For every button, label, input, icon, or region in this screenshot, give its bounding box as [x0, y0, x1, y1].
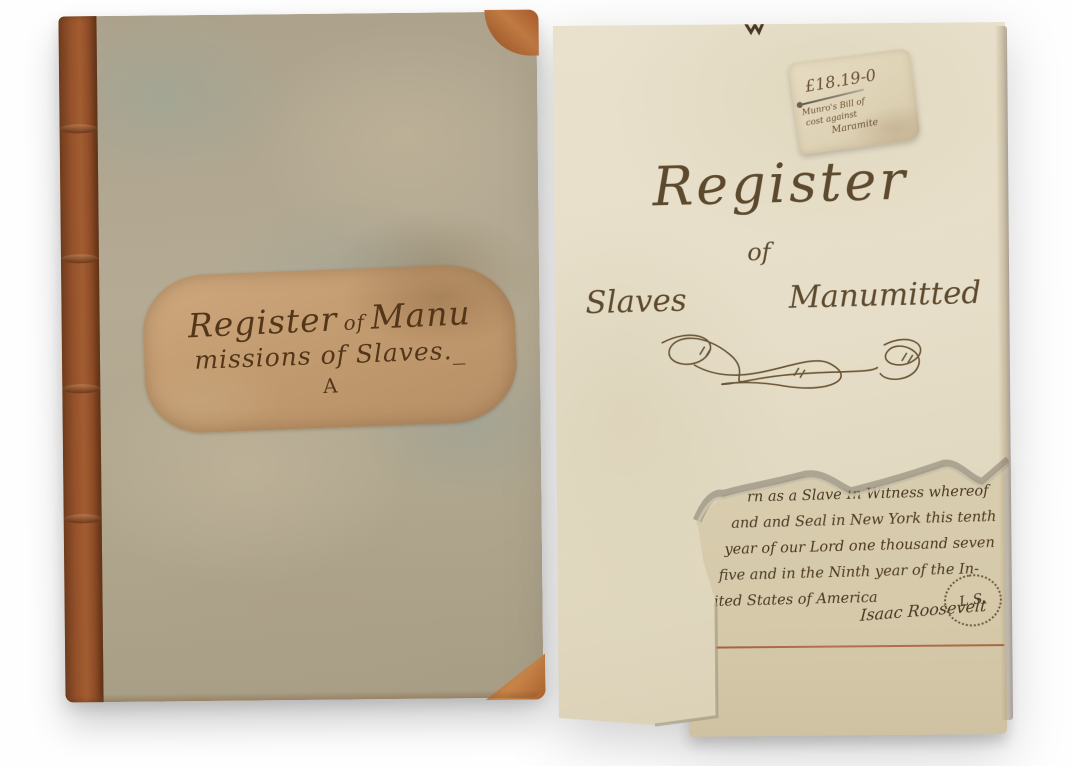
cover-label-line3: A [323, 373, 340, 398]
pinned-note: £18.19-0 Munro's Bill of cost against Ma… [788, 48, 921, 155]
spine-band [62, 384, 100, 393]
revealed-under-page: rn as a Slave In Witness whereof and and… [687, 452, 1007, 737]
title-line-slaves-manumitted: Slaves Manumitted [585, 275, 982, 321]
ink-mark [743, 20, 765, 36]
title-word-of: of [533, 236, 985, 268]
cover-label: RegisterofManu missions of Slaves._ A [141, 263, 519, 435]
title-word-manumitted: Manumitted [788, 275, 981, 316]
note-amount: £18.19-0 [804, 65, 878, 96]
photo-stage: RegisterofManu missions of Slaves._ A rn… [0, 0, 1072, 766]
manuscript-title-page: rn as a Slave In Witness whereof and and… [553, 22, 1011, 738]
ledger-rule-line [712, 644, 1004, 649]
spine-band [64, 514, 102, 523]
spine-band [60, 124, 98, 133]
calligraphic-flourish [634, 323, 935, 404]
spine-band [61, 254, 99, 263]
title-word-register: Register [554, 146, 1007, 221]
cover-label-word1: Register [187, 299, 338, 345]
leather-corner-top [484, 9, 538, 56]
cover-label-word2: of [342, 310, 365, 335]
cover-label-word3: Manu [369, 293, 471, 337]
book-spine [58, 16, 103, 702]
seal-initials: L.S. [958, 590, 987, 610]
cover-bottom-edge [96, 690, 540, 703]
book-cover: RegisterofManu missions of Slaves._ A [58, 12, 543, 703]
title-word-slaves: Slaves [585, 283, 687, 322]
